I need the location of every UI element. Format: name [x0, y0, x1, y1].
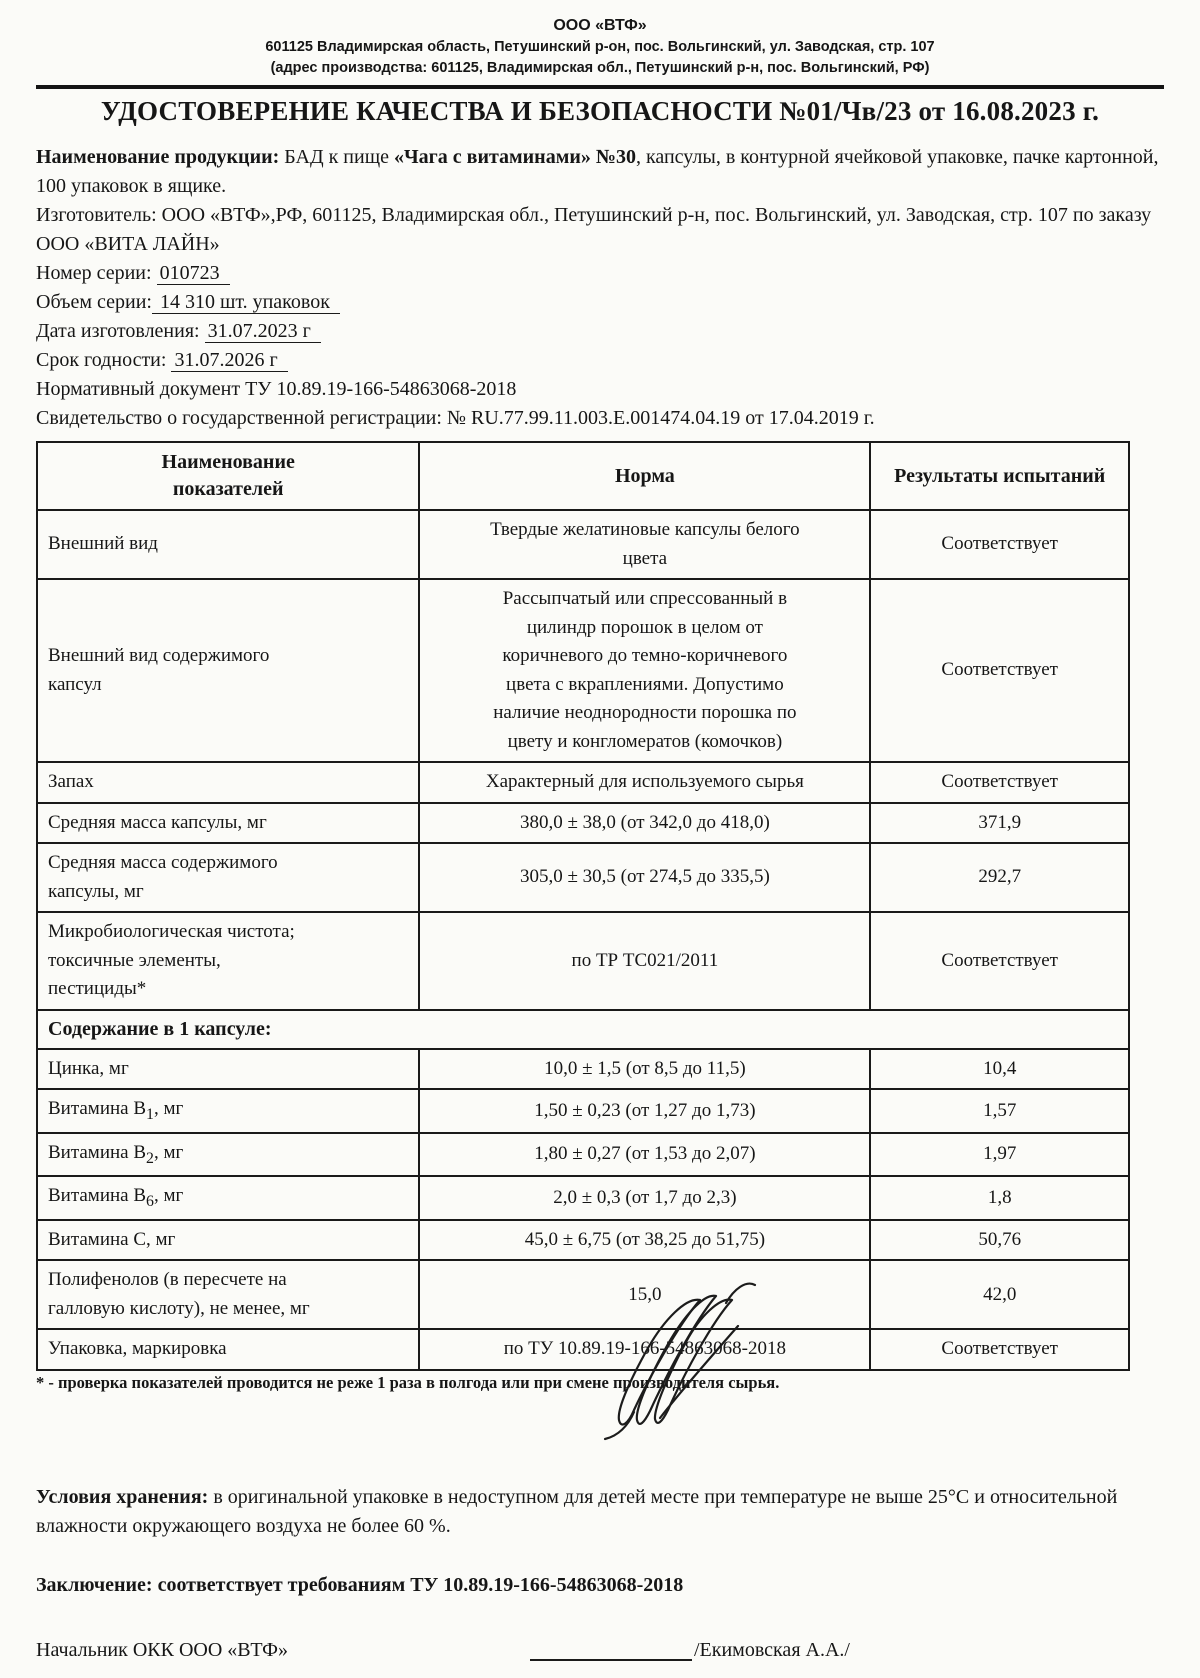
result-cell: 292,7 [870, 843, 1129, 912]
table-header-row: Наименование показателейНормаРезультаты … [37, 442, 1129, 510]
indicator-name-cell: Полифенолов (в пересчете на галловую кис… [37, 1260, 419, 1329]
org-address: 601125 Владимирская область, Петушинский… [36, 37, 1164, 58]
table-header-cell: Норма [419, 442, 870, 510]
indicator-name-cell: Внешний вид [37, 510, 419, 579]
series-volume-value: 14 310 шт. упаковок [152, 291, 340, 314]
product-label: Наименование продукции: [36, 146, 279, 168]
table-row: Цинка, мг10,0 ± 1,5 (от 8,5 до 11,5)10,4 [37, 1049, 1129, 1090]
norm-cell: Твердые желатиновые капсулы белого цвета [419, 510, 870, 579]
signer-name: /Екимовская А.А./ [694, 1636, 850, 1665]
product-brand-name: «Чага с витаминами» №30 [394, 146, 636, 168]
document-title: УДОСТОВЕРЕНИЕ КАЧЕСТВА И БЕЗОПАСНОСТИ №0… [36, 96, 1164, 127]
serial-number-line: Номер серии: 010723 [36, 259, 1164, 288]
org-name: ООО «ВТФ» [36, 14, 1164, 37]
expiry-date-line: Срок годности: 31.07.2026 г [36, 346, 1164, 375]
result-cell: Соответствует [870, 912, 1129, 1010]
result-cell: 50,76 [870, 1220, 1129, 1261]
result-cell: Соответствует [870, 1329, 1129, 1370]
serial-number-label: Номер серии: [36, 262, 157, 284]
quality-indicators-table: Наименование показателейНормаРезультаты … [36, 441, 1130, 1371]
result-cell: 1,97 [870, 1133, 1129, 1177]
manufacture-date-value: 31.07.2023 г [205, 320, 321, 343]
header-divider [36, 83, 1164, 89]
table-row: Средняя масса содержимого капсулы, мг305… [37, 843, 1129, 912]
storage-conditions-paragraph: Условия хранения: в оригинальной упаковк… [36, 1483, 1141, 1541]
org-header: ООО «ВТФ» 601125 Владимирская область, П… [36, 14, 1164, 79]
table-row: Витамина С, мг45,0 ± 6,75 (от 38,25 до 5… [37, 1220, 1129, 1261]
norm-cell: 10,0 ± 1,5 (от 8,5 до 11,5) [419, 1049, 870, 1090]
result-cell: 1,8 [870, 1176, 1129, 1220]
manufacture-date-line: Дата изготовления: 31.07.2023 г [36, 317, 1164, 346]
norm-cell: по ТР ТС021/2011 [419, 912, 870, 1010]
indicator-name-cell: Витамина В6, мг [37, 1176, 419, 1220]
series-volume-label: Объем серии: [36, 291, 152, 313]
indicator-name-cell: Упаковка, маркировка [37, 1329, 419, 1370]
norm-cell: по ТУ 10.89.19-166-54863068-2018 [419, 1329, 870, 1370]
table-row: Витамина В1, мг1,50 ± 0,23 (от 1,27 до 1… [37, 1089, 1129, 1133]
product-name-paragraph: Наименование продукции: БАД к пище «Чага… [36, 143, 1164, 201]
state-registration-line: Свидетельство о государственной регистра… [36, 404, 1164, 433]
norm-cell: 305,0 ± 30,5 (от 274,5 до 335,5) [419, 843, 870, 912]
table-row: ЗапахХарактерный для используемого сырья… [37, 762, 1129, 803]
table-row: Упаковка, маркировкапо ТУ 10.89.19-166-5… [37, 1329, 1129, 1370]
table-row: Полифенолов (в пересчете на галловую кис… [37, 1260, 1129, 1329]
normative-document-line: Нормативный документ ТУ 10.89.19-166-548… [36, 375, 1164, 404]
quality-table-body: Внешний видТвердые желатиновые капсулы б… [37, 510, 1129, 1370]
norm-cell: 1,50 ± 0,23 (от 1,27 до 1,73) [419, 1089, 870, 1133]
result-cell: 1,57 [870, 1089, 1129, 1133]
series-volume-line: Объем серии: 14 310 шт. упаковок [36, 288, 1164, 317]
conclusion-paragraph: Заключение: соответствует требованиям ТУ… [36, 1571, 1164, 1600]
norm-cell: 2,0 ± 0,3 (от 1,7 до 2,3) [419, 1176, 870, 1220]
table-header-cell: Результаты испытаний [870, 442, 1129, 510]
table-footnote: * - проверка показателей проводится не р… [36, 1371, 1164, 1395]
table-row: Внешний видТвердые желатиновые капсулы б… [37, 510, 1129, 579]
result-cell: 371,9 [870, 803, 1129, 844]
manufacturer-paragraph: Изготовитель: ООО «ВТФ»,РФ, 601125, Влад… [36, 201, 1164, 259]
indicator-name-cell: Витамина В1, мг [37, 1089, 419, 1133]
table-row: Витамина В6, мг2,0 ± 0,3 (от 1,7 до 2,3)… [37, 1176, 1129, 1220]
norm-cell: 1,80 ± 0,27 (от 1,53 до 2,07) [419, 1133, 870, 1177]
table-row: Витамина В2, мг1,80 ± 0,27 (от 1,53 до 2… [37, 1133, 1129, 1177]
indicator-name-cell: Средняя масса капсулы, мг [37, 803, 419, 844]
norm-cell: 45,0 ± 6,75 (от 38,25 до 51,75) [419, 1220, 870, 1261]
table-row: Средняя масса капсулы, мг380,0 ± 38,0 (о… [37, 803, 1129, 844]
result-cell: Соответствует [870, 579, 1129, 762]
table-row: Микробиологическая чистота; токсичные эл… [37, 912, 1129, 1010]
indicator-name-cell: Средняя масса содержимого капсулы, мг [37, 843, 419, 912]
certificate-page: ООО «ВТФ» 601125 Владимирская область, П… [0, 0, 1200, 1678]
conclusion-label: Заключение: [36, 1574, 153, 1596]
result-cell: 42,0 [870, 1260, 1129, 1329]
table-row: Содержание в 1 капсуле: [37, 1010, 1129, 1049]
result-cell: 10,4 [870, 1049, 1129, 1090]
table-header-cell: Наименование показателей [37, 442, 419, 510]
signature-line [530, 1658, 692, 1661]
norm-cell: 15,0 [419, 1260, 870, 1329]
norm-cell: Рассыпчатый или спрессованный в цилиндр … [419, 579, 870, 762]
indicator-name-cell: Цинка, мг [37, 1049, 419, 1090]
indicator-name-cell: Микробиологическая чистота; токсичные эл… [37, 912, 419, 1010]
indicator-name-cell: Запах [37, 762, 419, 803]
table-section-cell: Содержание в 1 капсуле: [37, 1010, 1129, 1049]
product-pre-text: БАД к пище [279, 146, 394, 168]
document-body: Наименование продукции: БАД к пище «Чага… [36, 143, 1164, 1665]
storage-conditions-label: Условия хранения: [36, 1486, 208, 1508]
org-production-address: (адрес производства: 601125, Владимирска… [36, 58, 1164, 79]
indicator-name-cell: Витамина В2, мг [37, 1133, 419, 1177]
serial-number-value: 010723 [157, 262, 230, 285]
manufacture-date-label: Дата изготовления: [36, 320, 205, 342]
result-cell: Соответствует [870, 762, 1129, 803]
norm-cell: 380,0 ± 38,0 (от 342,0 до 418,0) [419, 803, 870, 844]
norm-cell: Характерный для используемого сырья [419, 762, 870, 803]
table-row: Внешний вид содержимого капсулРассыпчаты… [37, 579, 1129, 762]
conclusion-text: соответствует требованиям ТУ 10.89.19-16… [153, 1574, 684, 1596]
result-cell: Соответствует [870, 510, 1129, 579]
signer-position: Начальник ОКК ООО «ВТФ» [36, 1636, 288, 1665]
indicator-name-cell: Внешний вид содержимого капсул [37, 579, 419, 762]
expiry-date-label: Срок годности: [36, 349, 171, 371]
signature-row: Начальник ОКК ООО «ВТФ» /Екимовская А.А.… [36, 1636, 1164, 1665]
indicator-name-cell: Витамина С, мг [37, 1220, 419, 1261]
expiry-date-value: 31.07.2026 г [171, 349, 287, 372]
